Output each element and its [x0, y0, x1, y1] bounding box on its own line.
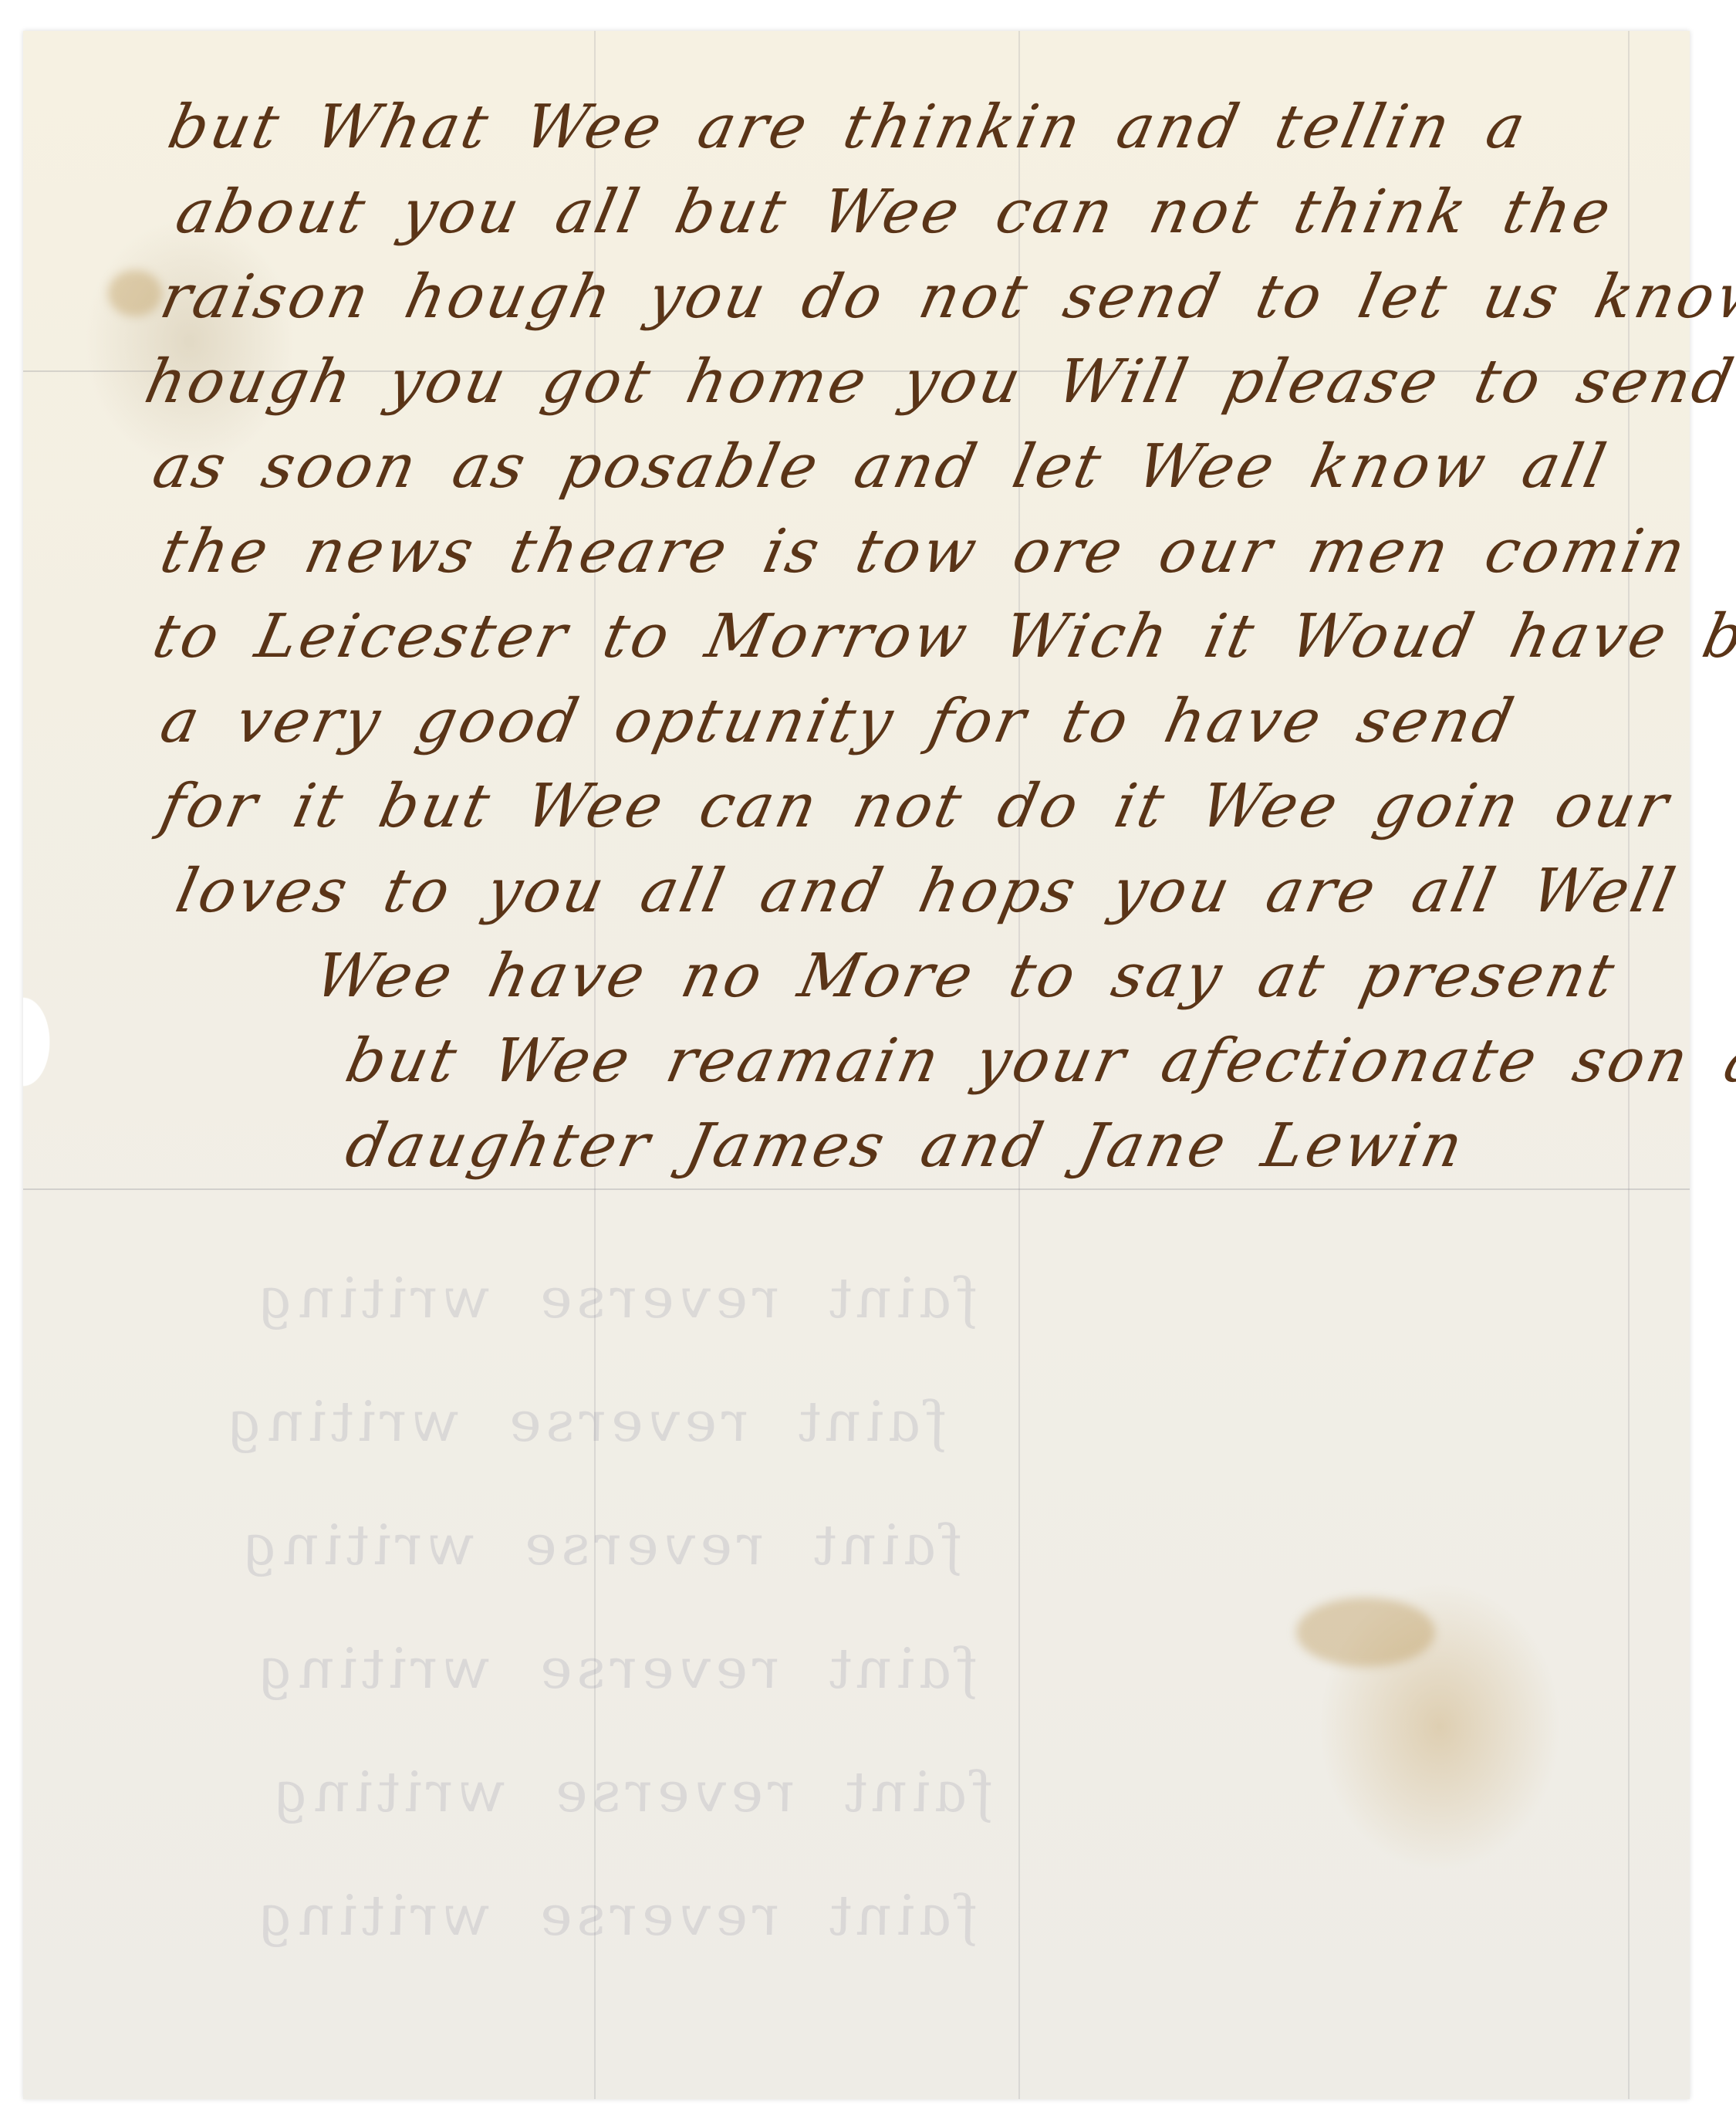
letter-line: hough you got home you Will please to se…: [139, 347, 1736, 417]
bleed-through-text: faint reverse writing: [217, 1389, 954, 1454]
torn-edge: [23, 965, 69, 1119]
signature-line: daughter James and Jane Lewin: [339, 1111, 1471, 1181]
paper-fold: [23, 1188, 1690, 1190]
bleed-through-text: faint reverse writing: [248, 1636, 985, 1701]
letter-line: a very good optunity for to have send: [154, 687, 1522, 756]
letter-line: the news theare is tow ore our men comin: [154, 517, 1694, 587]
paper-stain: [1296, 1597, 1435, 1667]
letter-line: loves to you all and hops you are all We…: [170, 857, 1684, 926]
letter-page: faint reverse writing faint reverse writ…: [23, 31, 1690, 2099]
letter-line: to Leicester to Morrow Wich it Woud have…: [147, 602, 1736, 671]
bleed-through-text: faint reverse writing: [263, 1760, 1000, 1824]
letter-line: for it but Wee can not do it Wee goin ou…: [154, 772, 1677, 841]
letter-line: but Wee reamain your afectionate son and: [339, 1026, 1736, 1096]
paper-stain: [108, 270, 162, 316]
letter-line: but What Wee are thinkin and tellin a: [162, 93, 1534, 162]
letter-line: raison hough you do not send to let us k…: [154, 262, 1736, 332]
bleed-through-text: faint reverse writing: [248, 1266, 985, 1330]
letter-line: as soon as posable and let Wee know all: [147, 432, 1614, 502]
bleed-through-text: faint reverse writing: [232, 1513, 969, 1577]
bleed-through-text: faint reverse writing: [248, 1883, 985, 1948]
letter-line: about you all but Wee can not think the: [170, 177, 1619, 247]
letter-line: Wee have no More to say at present: [309, 942, 1623, 1011]
